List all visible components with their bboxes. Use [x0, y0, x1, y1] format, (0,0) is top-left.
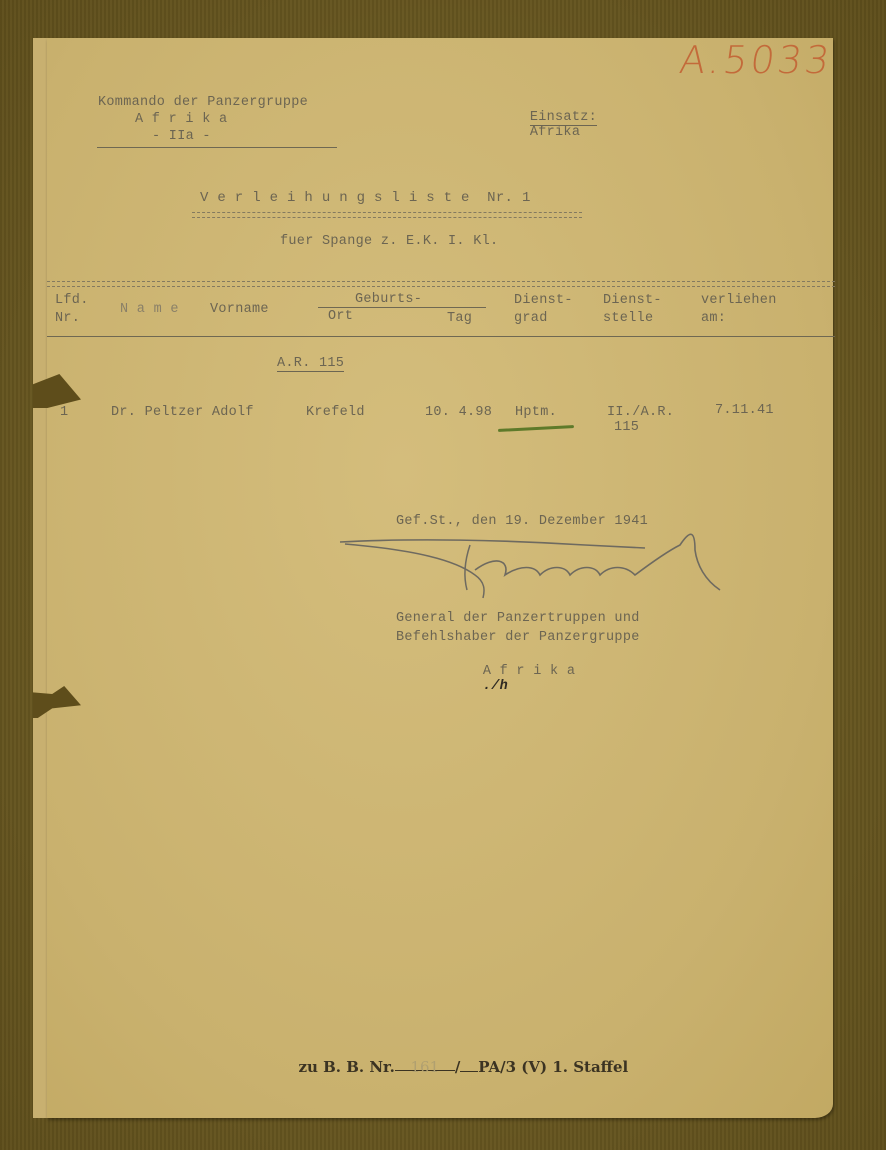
document-subtitle: fuer Spange z. E.K. I. Kl.	[280, 234, 498, 249]
unit-section: - IIa -	[152, 129, 211, 144]
col-tag: Tag	[447, 311, 472, 326]
typist-initials: ./h	[483, 679, 508, 694]
einsatz-label: Einsatz:	[530, 110, 597, 126]
unit-region: A f r i k a	[135, 112, 227, 127]
col-dienstgrad-1: Dienst-	[514, 293, 573, 308]
col-name: N a m e	[120, 302, 179, 317]
col-verliehen-2: am:	[701, 311, 726, 326]
footer-blank-2	[460, 1059, 478, 1072]
col-verliehen-1: verliehen	[701, 293, 777, 308]
einsatz-row: Einsatz: Afrika	[513, 95, 597, 140]
col-dienstgrad-2: grad	[514, 311, 548, 326]
table-header-bottom-rule	[47, 336, 835, 337]
cell-dienstgrad: Hptm.	[515, 405, 557, 420]
einsatz-value: Afrika	[530, 125, 580, 140]
title-underline	[192, 212, 582, 218]
footer-reference: zu B. B. Nr.161/PA/3 (V) 1. Staffel	[288, 1040, 628, 1076]
col-vorname: Vorname	[210, 302, 269, 317]
cell-tag: 10. 4.98	[425, 405, 492, 420]
col-ort: Ort	[328, 309, 353, 324]
col-geburts: Geburts-	[355, 292, 422, 307]
col-lfd-1: Lfd.	[55, 293, 89, 308]
group-heading: A.R. 115	[277, 356, 344, 372]
signature-icon	[335, 520, 755, 600]
table-top-rule	[47, 281, 835, 287]
cell-name: Dr. Peltzer Adolf	[111, 405, 254, 420]
unit-name: Kommando der Panzergruppe	[98, 95, 308, 110]
col-lfd-2: Nr.	[55, 311, 80, 326]
cell-nr: 1	[60, 405, 68, 420]
cell-verliehen: 7.11.41	[715, 403, 774, 418]
signer-title-1: General der Panzertruppen und	[396, 611, 640, 626]
cell-ort: Krefeld	[306, 405, 365, 420]
cell-dienststelle-1: II./A.R.	[607, 405, 674, 420]
archive-number: A.5033	[677, 38, 835, 82]
footer-prefix: zu B. B. Nr.	[298, 1058, 394, 1076]
geburts-rule	[318, 307, 486, 308]
col-dienststelle-1: Dienst-	[603, 293, 662, 308]
document-title: V e r l e i h u n g s l i s t e Nr. 1	[200, 190, 531, 206]
col-dienststelle-2: stelle	[603, 311, 653, 326]
header-rule	[97, 147, 337, 148]
footer-blank-number: 161	[395, 1058, 455, 1071]
signer-region: A f r i k a	[483, 664, 575, 679]
footer-suffix: PA/3 (V) 1. Staffel	[478, 1058, 628, 1076]
signer-title-3: A f r i k a ./h	[466, 649, 575, 694]
signer-title-2: Befehlshaber der Panzergruppe	[396, 630, 640, 645]
cell-dienststelle-2: 115	[614, 420, 639, 435]
